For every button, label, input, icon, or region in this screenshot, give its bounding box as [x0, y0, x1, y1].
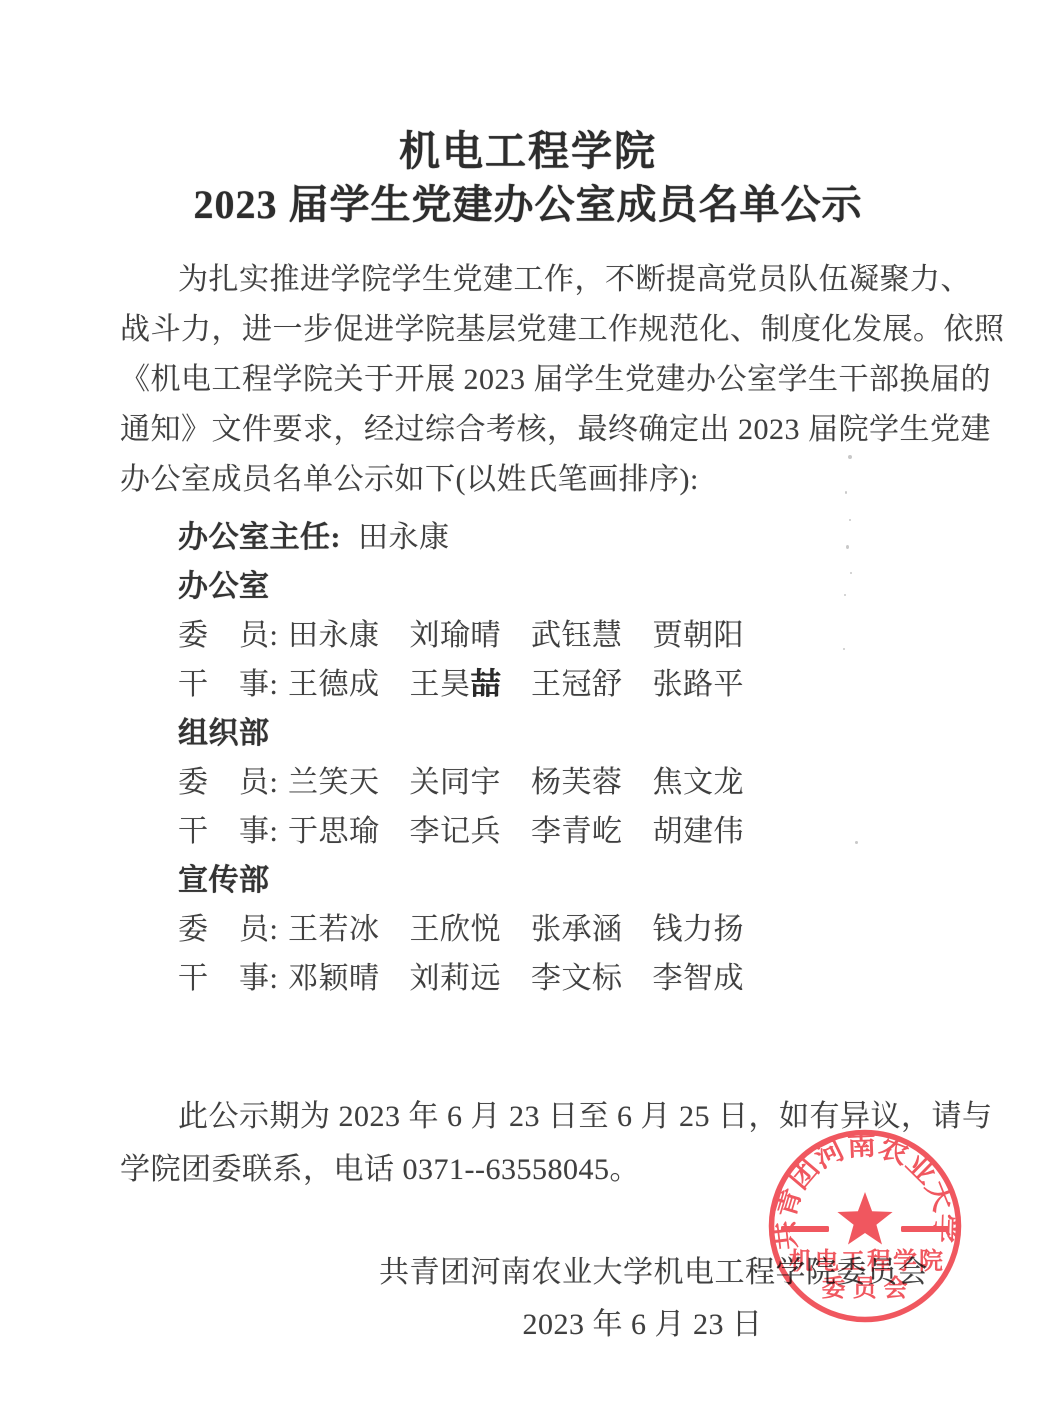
member-name: 于思瑜: [288, 807, 380, 856]
roster: 办公室主任:田永康 办公室 委 员: 田永康 刘瑜晴 武钰慧 贾朝阳 干 事: …: [178, 513, 936, 1003]
director-row: 办公室主任:田永康: [178, 513, 936, 562]
member-name: 钱力扬: [653, 905, 745, 954]
member-name: 关同宇: [410, 758, 502, 807]
scan-speckle: [850, 572, 852, 574]
member-row: 委 员: 田永康 刘瑜晴 武钰慧 贾朝阳: [178, 611, 936, 660]
director-name: 田永康: [358, 521, 450, 554]
scan-speckle: [846, 545, 849, 549]
scan-speckle: [849, 519, 851, 521]
stamp-center-line1: 机电工程学院: [789, 1248, 945, 1275]
member-name: 李智成: [653, 954, 745, 1003]
member-name: 王若冰: [288, 905, 380, 954]
scanned-notice-page: 机电工程学院 2023 届学生党建办公室成员名单公示 为扎实推进学院学生党建工作…: [0, 0, 1047, 1412]
row-role-label: 干 事:: [178, 807, 288, 856]
intro-line: 《机电工程学院关于开展 2023 届学生党建办公室学生干部换届的: [120, 355, 936, 405]
member-name: 贾朝阳: [653, 611, 745, 660]
intro-paragraph: 为扎实推进学院学生党建工作，不断提高党员队伍凝聚力、 战斗力，进一步促进学院基层…: [120, 255, 936, 505]
member-name: 焦文龙: [653, 758, 745, 807]
member-name: 王冠舒: [531, 660, 623, 709]
scan-speckle: [848, 455, 852, 459]
scan-speckle: [844, 594, 846, 596]
scan-speckle: [843, 648, 845, 650]
member-name: 李青屹: [531, 807, 623, 856]
scan-speckle: [845, 491, 847, 494]
member-name: 兰笑天: [288, 758, 380, 807]
member-row: 干 事: 王德成 王昊喆 王冠舒 张路平: [178, 660, 936, 709]
member-name: 邓颖晴: [288, 954, 380, 1003]
member-row: 委 员: 兰笑天 关同宇 杨芙蓉 焦文龙: [178, 758, 936, 807]
member-name: 王欣悦: [410, 905, 502, 954]
row-role-label: 委 员:: [178, 611, 288, 660]
intro-line: 为扎实推进学院学生党建工作，不断提高党员队伍凝聚力、: [120, 255, 936, 305]
row-role-label: 干 事:: [178, 954, 288, 1003]
intro-line: 办公室成员名单公示如下(以姓氏笔画排序):: [120, 455, 936, 505]
member-name: 王昊喆: [410, 660, 502, 709]
member-name: 田永康: [288, 611, 380, 660]
section-heading-organization: 组织部: [178, 709, 936, 758]
member-row: 干 事: 邓颖晴 刘莉远 李文标 李智成: [178, 954, 936, 1003]
member-name: 张路平: [653, 660, 745, 709]
section-heading-publicity: 宣传部: [178, 856, 936, 905]
intro-line: 通知》文件要求，经过综合考核，最终确定出 2023 届院学生党建: [120, 405, 936, 455]
stamp-arc-text: 共青团河南农业大学: [769, 1130, 960, 1251]
member-row: 干 事: 于思瑜 李记兵 李青屹 胡建伟: [178, 807, 936, 856]
stamp-left-bar: [781, 1226, 829, 1232]
member-row: 委 员: 王若冰 王欣悦 张承涵 钱力扬: [178, 905, 936, 954]
stamp-graphics: 共青团河南农业大学 机电工程学院 委员会: [769, 1130, 960, 1319]
stamp-right-bar: [901, 1226, 949, 1232]
section-heading-office: 办公室: [178, 562, 936, 611]
document-title-line2: 2023 届学生党建办公室成员名单公示: [120, 176, 936, 233]
row-role-label: 委 员:: [178, 905, 288, 954]
member-name: 张承涵: [531, 905, 623, 954]
member-name: 胡建伟: [653, 807, 745, 856]
stamp-center-line2: 委员会: [822, 1274, 915, 1302]
row-role-label: 委 员:: [178, 758, 288, 807]
member-name: 刘瑜晴: [410, 611, 502, 660]
member-name: 李文标: [531, 954, 623, 1003]
member-name: 刘莉远: [410, 954, 502, 1003]
member-name: 杨芙蓉: [531, 758, 623, 807]
member-name: 武钰慧: [531, 611, 623, 660]
intro-line: 战斗力，进一步促进学院基层党建工作规范化、制度化发展。依照: [120, 305, 936, 355]
member-name: 王德成: [288, 660, 380, 709]
stamp-star-icon: [837, 1192, 892, 1245]
document-title-line1: 机电工程学院: [120, 126, 936, 176]
member-name: 李记兵: [410, 807, 502, 856]
scan-speckle: [855, 841, 858, 844]
director-label: 办公室主任:: [178, 521, 341, 554]
row-role-label: 干 事:: [178, 660, 288, 709]
official-seal-stamp: 共青团河南农业大学 机电工程学院 委员会: [765, 1126, 965, 1326]
